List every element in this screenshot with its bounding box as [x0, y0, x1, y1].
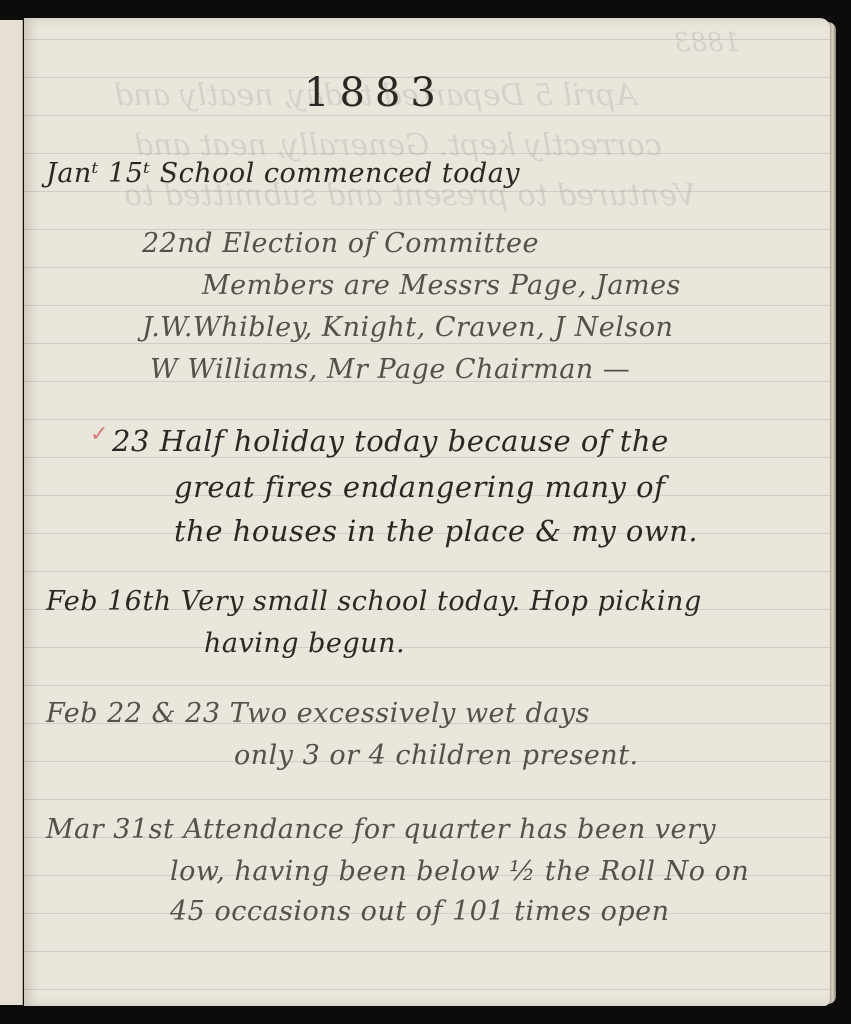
- entry-line: low, having been below ½ the Roll No on: [170, 856, 749, 887]
- show-through-heading: 1883: [674, 28, 740, 58]
- entry-line: Feb 16th Very small school today. Hop pi…: [46, 586, 702, 617]
- entry-line: only 3 or 4 children present.: [234, 740, 639, 771]
- margin-check-mark: ✓: [90, 422, 108, 447]
- entry-line: Feb 22 & 23 Two excessively wet days: [46, 698, 590, 729]
- entry-line: great fires endangering many of: [174, 470, 665, 504]
- entry-line: the houses in the place & my own.: [174, 514, 698, 548]
- entry-line: Mar 31st Attendance for quarter has been…: [46, 814, 716, 845]
- year-heading: 1883: [304, 70, 446, 116]
- entry-line: 23 Half holiday today because of the: [112, 424, 669, 458]
- entry-line: J.W.Whibley, Knight, Craven, J Nelson: [142, 312, 673, 343]
- logbook-page: 1883 April 5 Departed today, neatly and …: [24, 18, 830, 1006]
- entry-line: 45 occasions out of 101 times open: [170, 896, 670, 927]
- entry-line: 22nd Election of Committee: [142, 228, 539, 259]
- entry-line: having begun.: [204, 628, 405, 659]
- entry-line: W Williams, Mr Page Chairman —: [150, 354, 630, 385]
- entry-line: Members are Messrs Page, James: [202, 270, 681, 301]
- previous-page-edge: [0, 20, 23, 1005]
- entry-line: Janᵗ 15ᵗ School commenced today: [46, 158, 520, 189]
